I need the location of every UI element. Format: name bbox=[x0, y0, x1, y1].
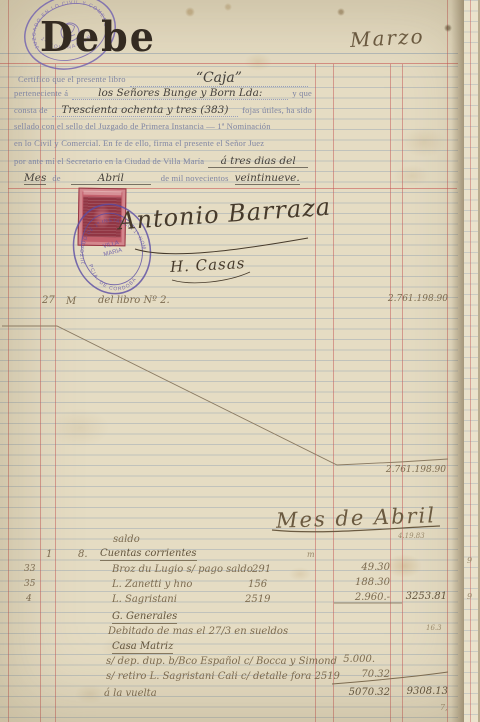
entry-number: 156 bbox=[248, 579, 267, 590]
next-page-mark: 9 bbox=[467, 556, 472, 565]
entry-description: saldo bbox=[113, 534, 140, 545]
entry-amount: 2.960.- bbox=[330, 592, 390, 603]
entry-ref: 8. bbox=[78, 549, 88, 560]
amount2-column-rule bbox=[402, 64, 403, 722]
next-page-red-rule bbox=[470, 0, 471, 722]
certificate-line-2: perteneciente á los Señores Bunge y Born… bbox=[14, 87, 312, 100]
entry-description: Debitado de mas el 27/3 en sueldos bbox=[108, 626, 288, 637]
next-page-sliver: 9 9 bbox=[464, 0, 478, 722]
date-handwritten: á tres dias del bbox=[208, 155, 308, 168]
month-label: Marzo bbox=[349, 24, 425, 52]
entry-number: 291 bbox=[252, 564, 271, 575]
account-title: Casa Matriz bbox=[112, 641, 173, 654]
certificate-printed-text: por ante mí el Secretario en la Ciudad d… bbox=[14, 156, 204, 166]
margin-rule bbox=[8, 0, 9, 722]
entry-amount: 188.30 bbox=[330, 577, 390, 588]
entry-description: L. Sagristani bbox=[112, 594, 177, 605]
ledger-page: Debe Marzo JUZGADO EN LO CIVIL Y COMERCI… bbox=[0, 0, 480, 722]
entry-amount: 5.000. bbox=[330, 654, 375, 665]
debe-heading: Debe bbox=[40, 12, 156, 61]
certificate-printed-text: de bbox=[52, 173, 60, 183]
entry-description: del libro Nº 2. bbox=[98, 295, 170, 306]
book-title-handwritten: “Caja” bbox=[130, 70, 308, 87]
entry-description: L. Zanetti y hno bbox=[112, 579, 192, 590]
page-edge-shadow bbox=[451, 0, 464, 722]
certificate-line-1: Certifico que el presente libro “Caja” bbox=[18, 70, 312, 87]
month-name-handwritten: Abril bbox=[71, 172, 151, 185]
certificate-printed-text: y que bbox=[292, 88, 312, 98]
certificate-line-3: consta de Trescienta ochenta y tres (383… bbox=[14, 104, 312, 117]
entry-folio: 35 bbox=[24, 579, 35, 589]
certificate-printed-text: de mil novecientos bbox=[161, 173, 229, 183]
entry-description: Broz du Lugio s/ pago saldo bbox=[112, 564, 253, 575]
folio-count-handwritten: Trescienta ochenta y tres (383) bbox=[52, 104, 238, 117]
right-column-rule bbox=[447, 0, 448, 722]
entry-description: á la vuelta bbox=[104, 688, 157, 699]
next-page-mark: 9 bbox=[467, 592, 472, 601]
revenue-stamp-top-band bbox=[83, 191, 121, 196]
entry-amount: 70.32 bbox=[330, 669, 390, 680]
certificate-printed-text: sellado con el sello del Juzgado de Prim… bbox=[14, 121, 271, 131]
amount1-column-rule bbox=[390, 64, 391, 722]
corner-mark: 7, bbox=[440, 703, 448, 712]
entry-date: 1 bbox=[46, 549, 52, 560]
certificate-printed-text: Certifico que el presente libro bbox=[18, 74, 126, 84]
detail-column-rule-a bbox=[315, 64, 316, 722]
entry-amount-2: 3253.81 bbox=[400, 591, 447, 602]
certificate-printed-text: fojas útiles, ha sido bbox=[242, 105, 312, 115]
column-mark: m bbox=[307, 550, 315, 559]
owner-handwritten: los Señores Bunge y Born Lda: bbox=[72, 87, 288, 100]
entry-note: 16.3 bbox=[426, 624, 442, 632]
account-title: G. Generales bbox=[112, 611, 177, 624]
month-word-handwritten: Mes bbox=[24, 172, 46, 185]
entry-description: s/ dep. dup. b/Bco Español c/ Bocca y Si… bbox=[106, 656, 337, 667]
column-total: 5070.32 bbox=[330, 687, 390, 698]
column-total-2: 9308.13 bbox=[400, 686, 448, 697]
year-handwritten: veintinueve. bbox=[235, 172, 300, 185]
oval-stamp-middle-ring-bottom-text: PCIA. DE CORDOBA bbox=[87, 254, 140, 299]
entry-amount: 2.761.198.90 bbox=[384, 294, 448, 304]
carry-total: 2.761.198.90 bbox=[380, 465, 446, 475]
entry-ref: M bbox=[66, 296, 76, 307]
entry-date: 27 bbox=[42, 295, 55, 306]
detail-column-rule-b bbox=[333, 64, 334, 722]
entry-amount: 49.30 bbox=[330, 562, 390, 573]
certificate-printed-text: en lo Civil y Comercial. En fe de ello, … bbox=[14, 138, 264, 148]
entry-description: s/ retiro L. Sagristani Cali c/ detalle … bbox=[106, 671, 340, 682]
svg-text:PCIA. DE CORDOBA: PCIA. DE CORDOBA bbox=[87, 254, 140, 299]
certificate-printed-text: consta de bbox=[14, 105, 48, 115]
certificate-line-5: en lo Civil y Comercial. En fe de ello, … bbox=[14, 138, 312, 148]
certificate-printed-text: perteneciente á bbox=[14, 88, 68, 98]
certificate-line-7: Mes de Abril de mil novecientos veintinu… bbox=[24, 172, 312, 185]
entry-folio: 33 bbox=[24, 564, 35, 574]
entry-number: 2519 bbox=[245, 594, 270, 605]
april-heading-note: 4.19.83 bbox=[398, 532, 425, 540]
account-title: Cuentas corrientes bbox=[100, 548, 197, 561]
entry-folio: 4 bbox=[26, 594, 32, 604]
certificate-line-6: por ante mí el Secretario en la Ciudad d… bbox=[14, 155, 312, 168]
certificate-line-4: sellado con el sello del Juzgado de Prim… bbox=[14, 121, 312, 131]
